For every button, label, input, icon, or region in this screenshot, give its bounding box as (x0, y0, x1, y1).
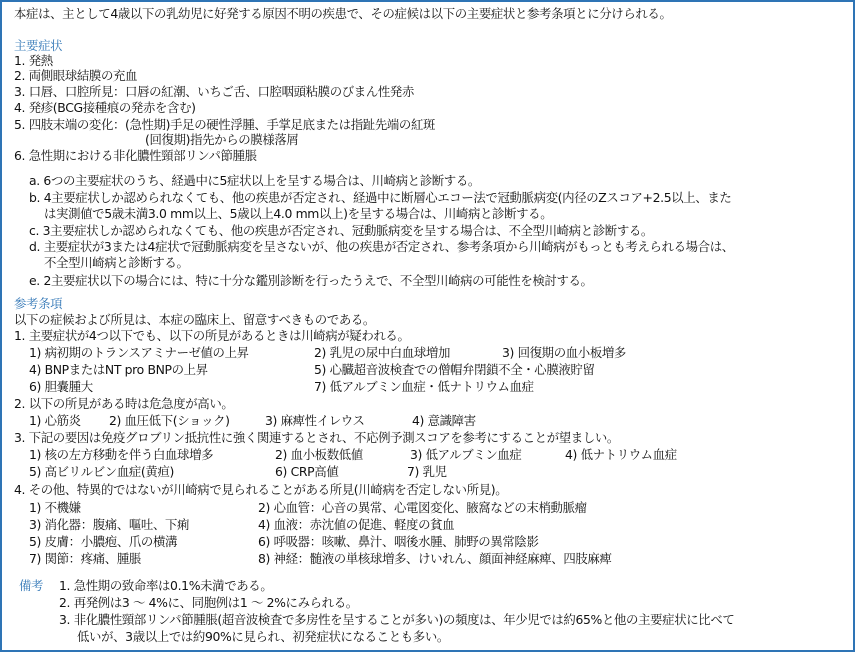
reference-item: 5) 皮膚：小膿疱、爪の横溝 (29, 535, 177, 550)
diagnosis-criterion-continued: 不全型川崎病と診断する。 (44, 256, 189, 271)
reference-item: 7) 関節：疼痛、腫脹 (29, 552, 141, 567)
main-symptom-item: 2. 両側眼球結膜の充血 (14, 69, 137, 84)
note-item: 3. 非化膿性頸部リンパ節腫脹(超音波検査で多房性を呈することが多い)の頻度は、… (59, 613, 734, 628)
reference-item: 2) 乳児の尿中白血球増加 (314, 346, 450, 361)
main-symptoms-heading: 主要症状 (14, 39, 62, 54)
notes-heading: 備考 (19, 579, 43, 594)
reference-heading: 参考条項 (14, 297, 62, 312)
reference-item: 8) 神経：髄液の単核球増多、けいれん、顔面神経麻痺、四肢麻痺 (258, 552, 612, 567)
reference-item: 4) 低ナトリウム血症 (565, 448, 677, 463)
reference-item: 6) 呼吸器：咳嗽、鼻汁、咽後水腫、肺野の異常陰影 (258, 535, 539, 550)
kawasaki-criteria-panel: 本症は、主として4歳以下の乳幼児に好発する原因不明の疾患で、その症候は以下の主要… (0, 0, 855, 652)
reference-item: 1) 病初期のトランスアミナーゼ値の上昇 (29, 346, 249, 361)
reference-item: 3) 低アルブミン血症 (410, 448, 521, 463)
reference-section-title: 2. 以下の所見がある時は危急度が高い。 (14, 397, 233, 412)
diagnosis-criterion: a. 6つの主要症状のうち、経過中に5症状以上を呈する場合は、川崎病と診断する。 (29, 174, 480, 189)
reference-section-title: 1. 主要症状が4つ以下でも、以下の所見があるときは川崎病が疑われる。 (14, 329, 410, 344)
reference-section-title: 4. その他、特異的ではないが川崎病で見られることがある所見(川崎病を否定しない… (14, 483, 507, 498)
note-item: 2. 再発例は3 ～ 4%に、同胞例は1 ～ 2%にみられる。 (59, 596, 358, 611)
reference-item: 3) 回復期の血小板増多 (502, 346, 626, 361)
note-item-continued: 低いが、3歳以上では約90%に見られ、初発症状になることも多い。 (77, 630, 449, 645)
reference-item: 2) 血小板数低値 (275, 448, 363, 463)
main-symptom-item: 5. 四肢末端の変化：(急性期)手足の硬性浮腫、手掌足底または指趾先端の紅斑 (14, 118, 435, 133)
reference-item: 2) 心血管：心音の異常、心電図変化、腋窩などの末梢動脈瘤 (258, 501, 587, 516)
main-symptom-item-continued: (回復期)指先からの膜様落屑 (145, 133, 298, 148)
reference-item: 1) 核の左方移動を伴う白血球増多 (29, 448, 213, 463)
reference-item: 6) CRP高値 (275, 465, 338, 480)
diagnosis-criterion: c. 3主要症状しか認められなくても、他の疾患が否定され、冠動脈病変を呈する場合… (29, 224, 653, 239)
reference-item: 4) 意識障害 (412, 414, 476, 429)
diagnosis-criterion: d. 主要症状が3または4症状で冠動脈病変を呈さないが、他の疾患が否定され、参考… (29, 240, 734, 255)
reference-item: 4) 血液：赤沈値の促進、軽度の貧血 (258, 518, 454, 533)
reference-intro: 以下の症候および所見は、本症の臨床上、留意すべきものである。 (14, 313, 375, 328)
reference-item: 5) 高ビリルビン血症(黄疸) (29, 465, 174, 480)
reference-item: 3) 麻痺性イレウス (265, 414, 365, 429)
intro-text: 本症は、主として4歳以下の乳幼児に好発する原因不明の疾患で、その症候は以下の主要… (14, 7, 671, 22)
reference-item: 3) 消化器：腹痛、嘔吐、下痢 (29, 518, 189, 533)
reference-item: 7) 乳児 (407, 465, 447, 480)
reference-item: 4) BNPまたはNT pro BNPの上昇 (29, 363, 208, 378)
reference-item: 1) 心筋炎 (29, 414, 81, 429)
note-item: 1. 急性期の致命率は0.1%未満である。 (59, 579, 272, 594)
reference-item: 1) 不機嫌 (29, 501, 81, 516)
reference-item: 5) 心臓超音波検査での僧帽弁閉鎖不全・心膜液貯留 (314, 363, 595, 378)
diagnosis-criterion-continued: は実測値で5歳未満3.0 mm以上、5歳以上4.0 mm以上)を呈する場合は、川… (44, 207, 552, 222)
main-symptom-item: 3. 口唇、口腔所見：口唇の紅潮、いちご舌、口腔咽頭粘膜のびまん性発赤 (14, 85, 414, 100)
main-symptom-item: 1. 発熱 (14, 54, 53, 69)
reference-item: 2) 血圧低下(ショック) (109, 414, 230, 429)
reference-item: 6) 胆嚢腫大 (29, 380, 93, 395)
main-symptom-item: 4. 発疹(BCG接種痕の発赤を含む) (14, 101, 196, 116)
main-symptom-item: 6. 急性期における非化膿性頸部リンパ節腫脹 (14, 149, 257, 164)
reference-item: 7) 低アルブミン血症・低ナトリウム血症 (314, 380, 534, 395)
reference-section-title: 3. 下記の要因は免疫グロブリン抵抗性に強く関連するとされ、不応例予測スコアを参… (14, 431, 619, 446)
diagnosis-criterion: e. 2主要症状以下の場合には、特に十分な鑑別診断を行ったうえで、不全型川崎病の… (29, 274, 593, 289)
diagnosis-criterion: b. 4主要症状しか認められなくても、他の疾患が否定され、経過中に断層心エコー法… (29, 191, 731, 206)
